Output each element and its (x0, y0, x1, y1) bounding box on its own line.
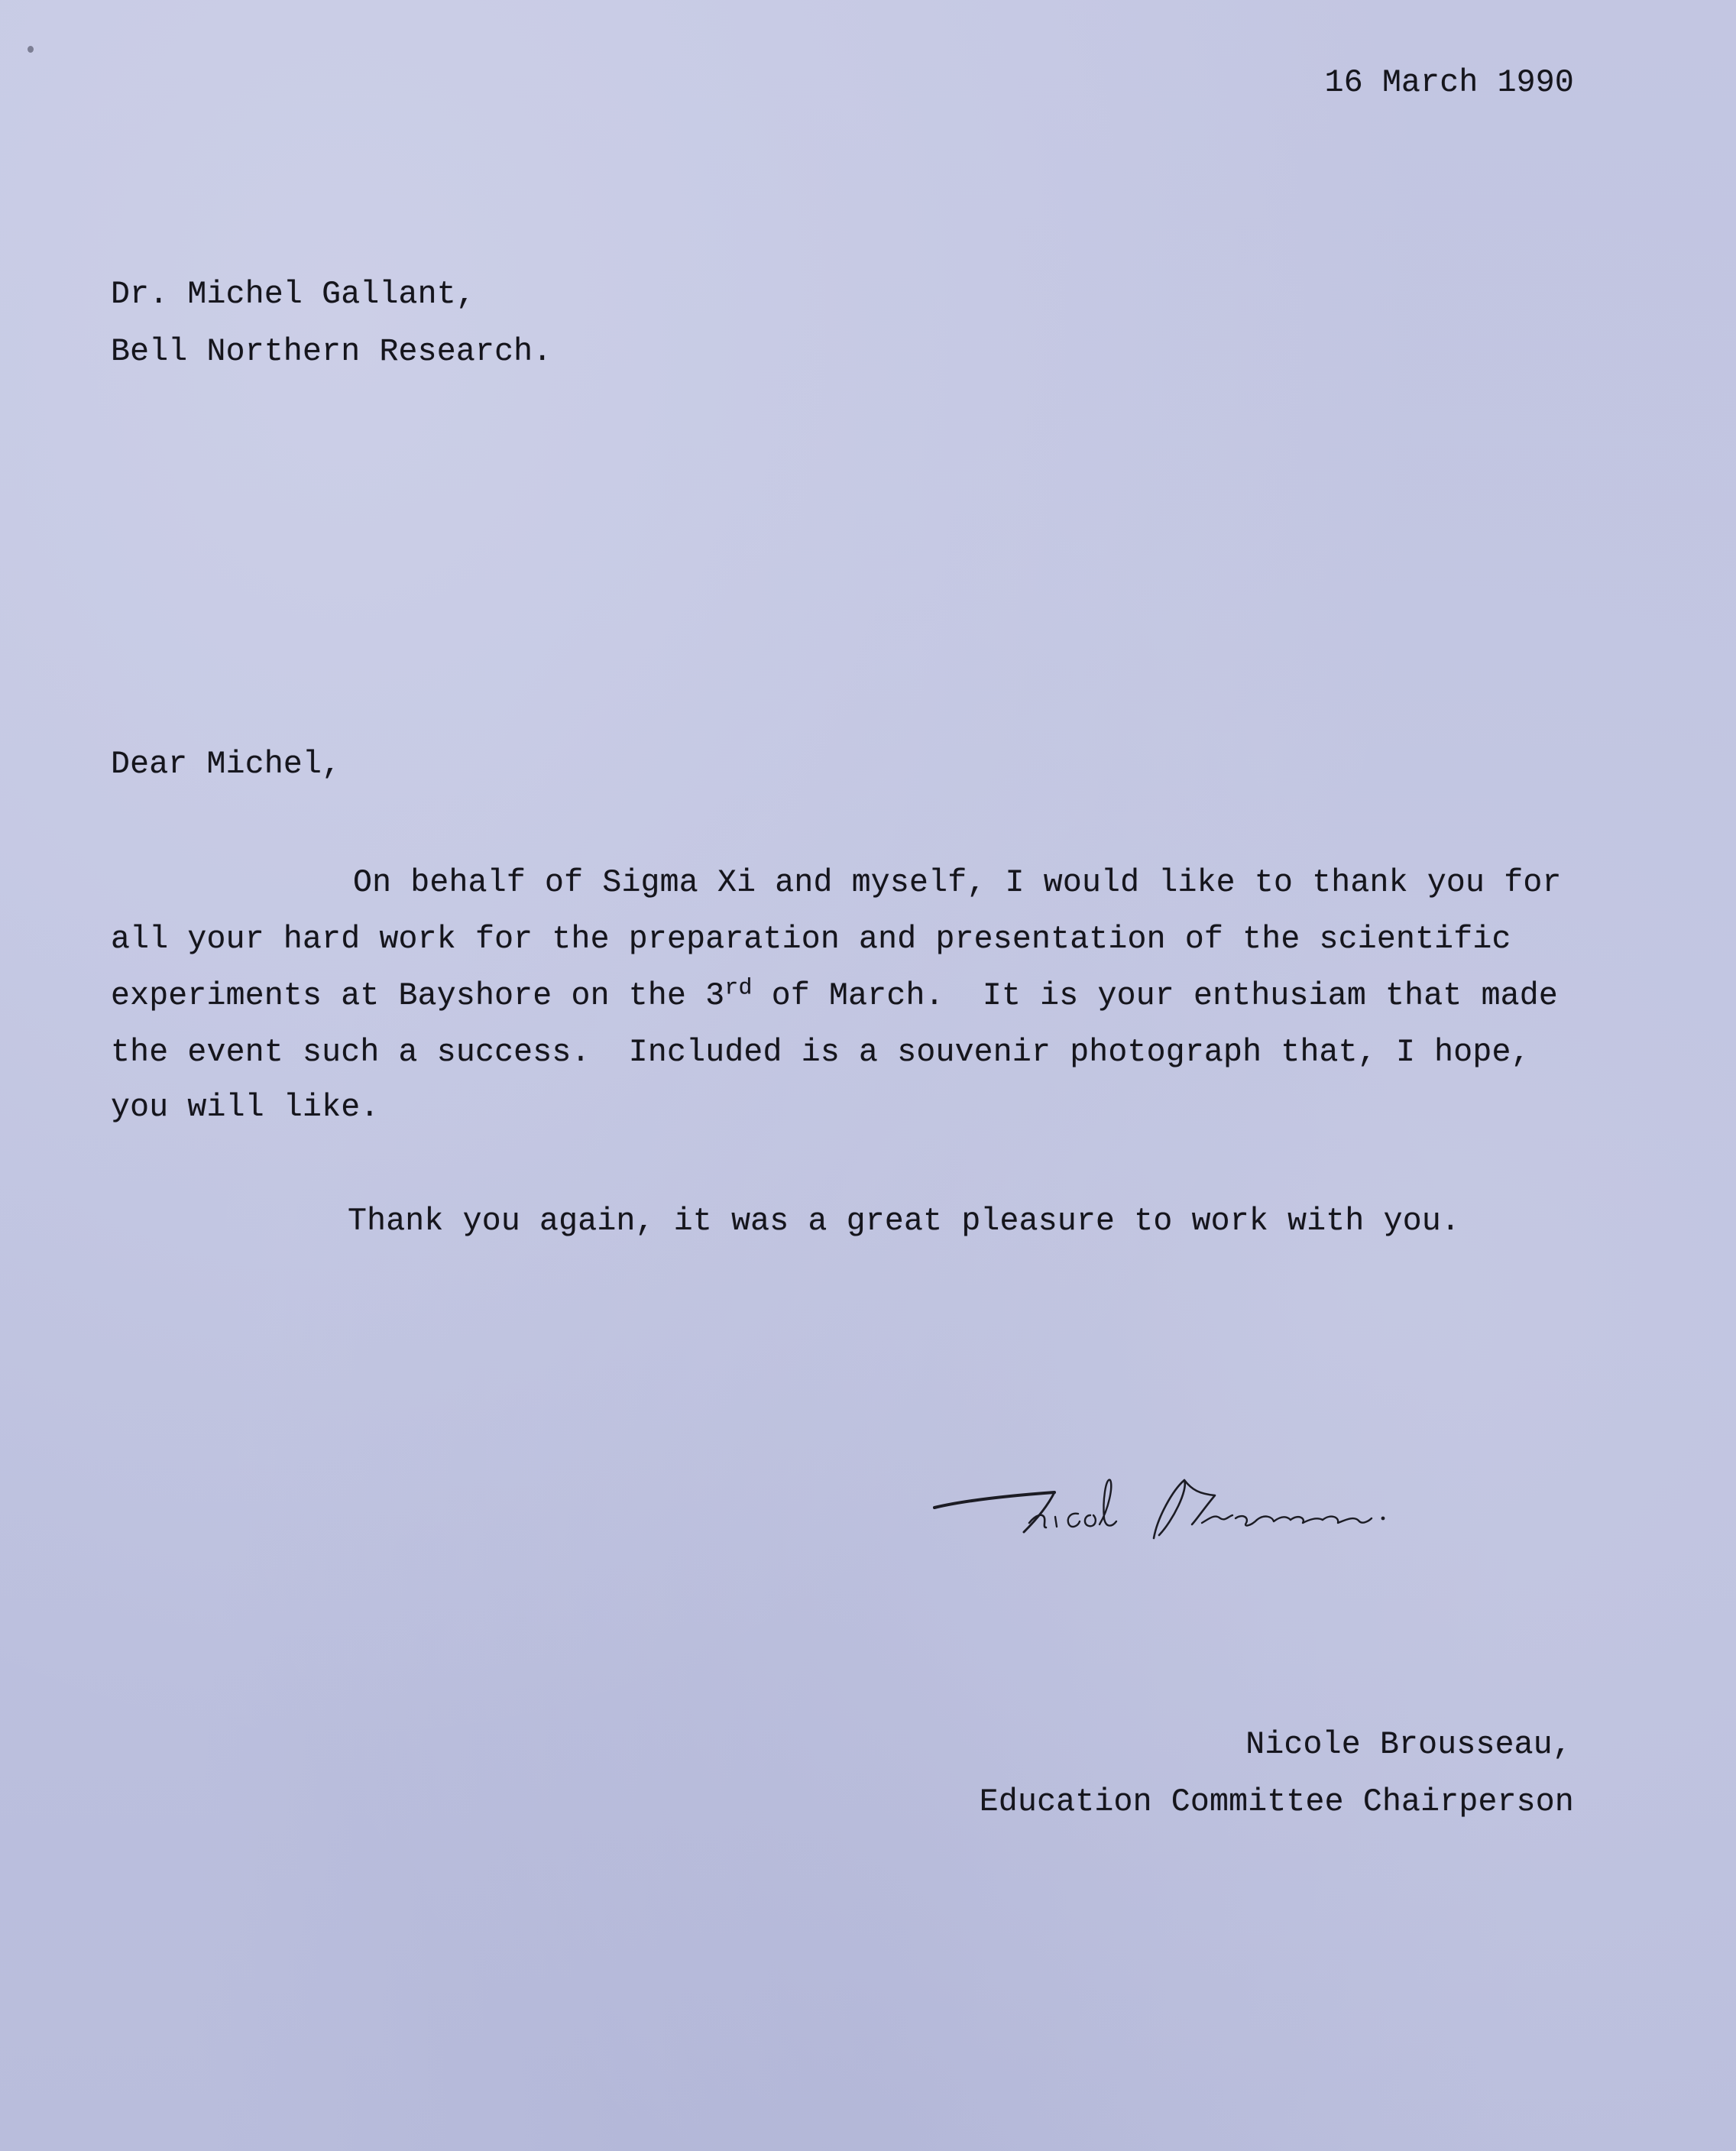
body-text: of March. It is your enthusiam that made (753, 978, 1558, 1014)
salutation: Dear Michel, (111, 749, 341, 781)
body-text: experiments at Bayshore on the 3 (111, 978, 724, 1014)
paper-speck (28, 46, 34, 53)
body-line: On behalf of Sigma Xi and myself, I woul… (353, 867, 1562, 899)
body-line: all your hard work for the preparation a… (111, 924, 1511, 956)
letter-page: 16 March 1990 Dr. Michel Gallant, Bell N… (0, 0, 1736, 2151)
signatory-title: Education Committee Chairperson (980, 1787, 1574, 1819)
handwritten-signature (921, 1448, 1608, 1547)
signatory-name: Nicole Brousseau, (1245, 1729, 1572, 1761)
recipient-organization: Bell Northern Research. (111, 336, 552, 368)
closing-paragraph: Thank you again, it was a great pleasure… (348, 1206, 1460, 1238)
body-line: experiments at Bayshore on the 3rd of Ma… (111, 980, 1558, 1012)
ordinal-suffix: rd (724, 975, 752, 1001)
recipient-name: Dr. Michel Gallant, (111, 279, 475, 311)
body-line: you will like. (111, 1092, 379, 1124)
body-line: the event such a success. Included is a … (111, 1037, 1530, 1069)
letter-date: 16 March 1990 (1325, 67, 1574, 99)
